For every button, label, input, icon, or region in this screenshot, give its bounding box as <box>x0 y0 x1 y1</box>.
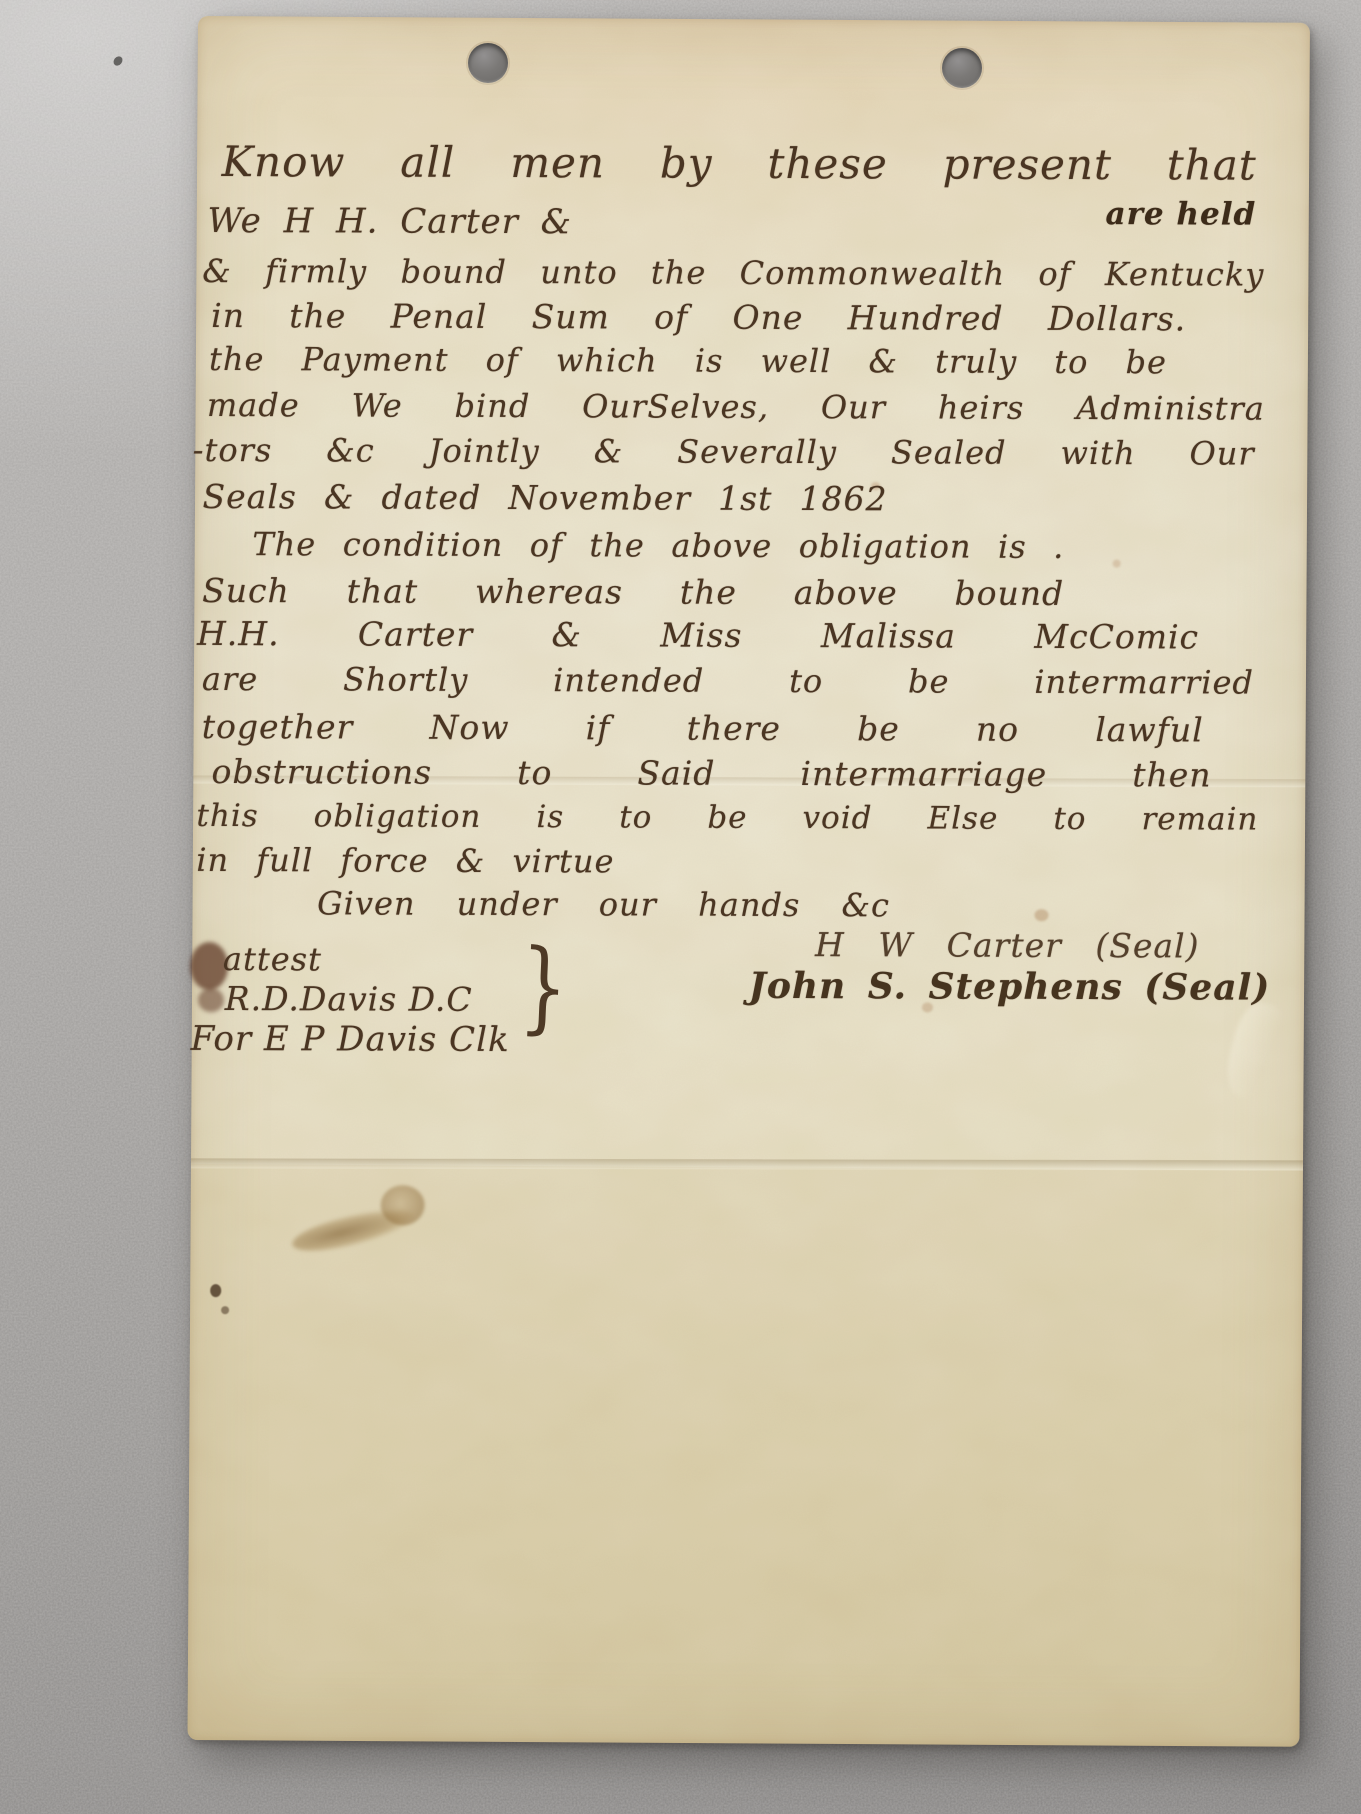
handwritten-line: & firmly bound unto the Commonwealth of … <box>202 254 1264 294</box>
attest-line: For E P Davis Clk <box>191 1020 510 1059</box>
signature-line: H W Carter (Seal) <box>815 927 1200 965</box>
handwritten-line: together Now if there be no lawful <box>202 709 1204 749</box>
attest-line: attest <box>223 942 322 978</box>
attest-line: R.D.Davis D.C <box>225 981 473 1019</box>
handwritten-line: Know all men by these present that <box>222 138 1257 189</box>
handwritten-line: -tors &c Jointly & Severally Sealed with… <box>193 433 1255 473</box>
handwritten-line: Seals & dated November 1st 1862 <box>202 479 887 518</box>
handwritten-line: the Payment of which is well & truly to … <box>209 342 1167 381</box>
handwritten-line: in full force & virtue <box>196 843 614 880</box>
handwritten-line: in the Penal Sum of One Hundred Dollars. <box>211 298 1186 338</box>
handwritten-line: Such that whereas the above bound <box>202 573 1064 613</box>
handwriting-layer: Know all men by these present that We H … <box>0 0 1361 1814</box>
handwritten-line: H.H. Carter & Miss Malissa McComic <box>197 616 1199 656</box>
photo-of-document: { "scene": { "surface_color": "#a7a5a3",… <box>0 0 1361 1814</box>
handwritten-line: made We bind OurSelves, Our heirs Admini… <box>207 388 1265 428</box>
handwritten-line: The condition of the above obligation is… <box>252 527 1064 566</box>
handwritten-line: are Shortly intended to be intermarried <box>202 662 1254 702</box>
handwritten-line: obstructions to Said intermarriage then <box>212 754 1212 794</box>
handwritten-line: this obligation is to be void Else to re… <box>196 799 1258 837</box>
signature-line: John S. Stephens (Seal) <box>749 966 1271 1008</box>
attest-brace: } <box>518 929 571 1044</box>
handwritten-line: We H H. Carter & <box>207 202 572 241</box>
handwritten-line: are held <box>1105 197 1256 232</box>
handwritten-line: Given under our hands &c <box>317 886 890 924</box>
